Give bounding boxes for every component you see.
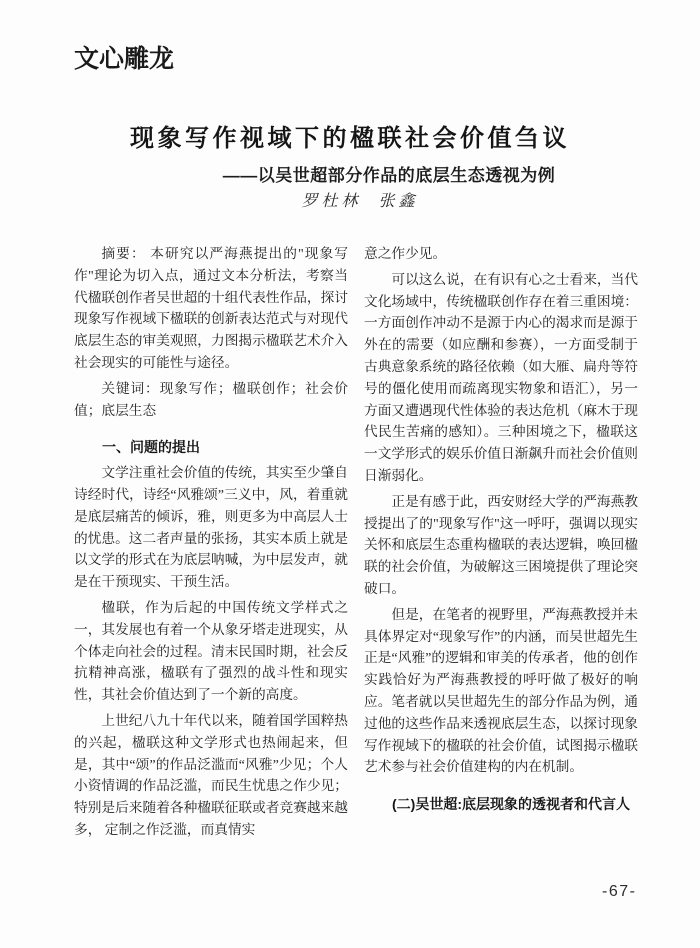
article-authors: 罗杜林 张鑫 bbox=[10, 192, 700, 212]
article-body: 摘要： 本研究以严海燕提出的"现象写作"理论为切入点，通过文本分析法，考察当代楹… bbox=[74, 243, 638, 845]
journal-section-name: 文心雕龙 bbox=[74, 45, 174, 73]
body-paragraph: 关键词：现象写作；楹联创作；社会价值；底层生态 bbox=[74, 378, 348, 422]
document-page: 文心雕龙 现象写作视域下的楹联社会价值刍议 ——以吴世超部分作品的底层生态透视为… bbox=[0, 0, 700, 948]
body-paragraph: 摘要： 本研究以严海燕提出的"现象写作"理论为切入点，通过文本分析法，考察当代楹… bbox=[74, 243, 348, 374]
body-paragraph: 正是有感于此，西安财经大学的严海燕教授提出了的"现象写作"这一呼吁，强调以现实关… bbox=[364, 491, 638, 600]
body-paragraph: 文学注重社会价值的传统，其实至少肇自诗经时代，诗经“风雅颂”三义中，风，着重就是… bbox=[74, 462, 348, 593]
section-heading: 一、问题的提出 bbox=[74, 437, 348, 459]
article-subtitle: ——以吴世超部分作品的底层生态透视为例 bbox=[39, 166, 700, 186]
body-paragraph: 上世纪八九十年代以来，随着国学国粹热的兴起，楹联这种文学形式也热闹起来，但是，其… bbox=[74, 710, 348, 841]
left-column: 摘要： 本研究以严海燕提出的"现象写作"理论为切入点，通过文本分析法，考察当代楹… bbox=[74, 243, 348, 845]
body-paragraph: 楹联，作为后起的中国传统文学样式之一，其发展也有着一个从象牙塔走进现实，从个体走… bbox=[74, 597, 348, 706]
body-paragraph: 可以这么说，在有识有心之士看来，当代文化场域中，传统楹联创作存在着三重困境：一方… bbox=[364, 269, 638, 487]
body-paragraph: 但是，在笔者的视野里，严海燕教授并未具体界定对“现象写作”的内涵，而吴世超先生正… bbox=[364, 604, 638, 778]
right-column: 意之作少见。可以这么说，在有识有心之士看来，当代文化场域中，传统楹联创作存在着三… bbox=[364, 243, 638, 845]
page-number: -67- bbox=[602, 882, 636, 902]
body-paragraph: 意之作少见。 bbox=[364, 243, 638, 265]
section-heading: (二)吴世超:底层现象的透视者和代言人 bbox=[364, 794, 638, 816]
article-title: 现象写作视域下的楹联社会价值刍议 bbox=[0, 125, 700, 153]
